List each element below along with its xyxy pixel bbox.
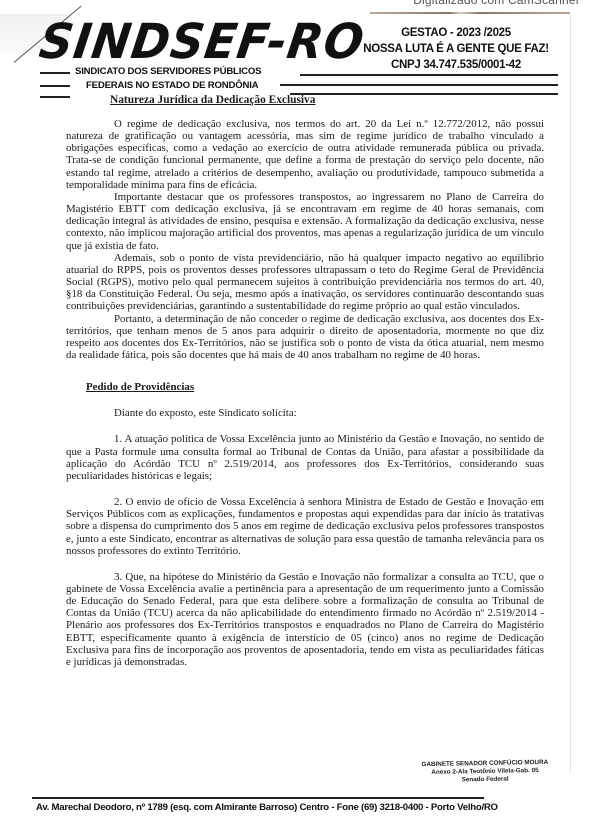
union-logo: SINDSEF-RO — [40, 14, 300, 66]
letterhead-rule — [40, 96, 70, 98]
union-name-line2: FEDERAIS NO ESTADO DE RONDÔNIA — [86, 80, 258, 91]
footer-rule — [32, 797, 484, 799]
cnpj: CNPJ 34.747.535/0001-42 — [356, 57, 556, 73]
paper-right-edge — [570, 14, 571, 774]
requests-intro: Diante do exposto, este Sindicato solici… — [66, 407, 544, 419]
scanner-watermark: Digitalizado com CamScanner — [413, 0, 580, 7]
paragraph: O regime de dedicação exclusiva, nos ter… — [66, 118, 544, 191]
paper-top-edge — [370, 12, 570, 14]
paragraph: Portanto, a determinação de não conceder… — [66, 313, 544, 362]
term-label: GESTAO - 2023 /2025 — [356, 25, 556, 41]
union-name-line1: SINDICATO DOS SERVIDORES PÚBLICOS — [75, 66, 261, 77]
footer-address: Av. Marechal Deodoro, nº 1789 (esq. com … — [36, 802, 498, 813]
document-title: Natureza Jurídica da Dedicação Exclusiva — [110, 94, 315, 106]
letterhead-rule — [40, 85, 70, 87]
section-heading: Pedido de Providências — [66, 381, 544, 393]
document-body: O regime de dedicação exclusiva, nos ter… — [66, 118, 544, 668]
logo-text: SINDSEF-RO — [36, 13, 368, 70]
paragraph: Importante destacar que os professores t… — [66, 191, 544, 252]
letterhead-rule — [290, 93, 558, 95]
receipt-stamp: GABINETE SENADOR CONFÚCIO MOURA Anexo 2-… — [410, 759, 560, 786]
paragraph: Ademais, sob o ponto de vista previdenci… — [66, 252, 544, 313]
request-item: 3. Que, na hipótese do Ministério da Ges… — [66, 571, 544, 668]
request-item: 2. O envio de ofício de Vossa Excelência… — [66, 496, 544, 557]
request-item: 1. A atuação política de Vossa Excelênci… — [66, 433, 544, 482]
letterhead-rule — [280, 84, 558, 86]
letterhead-rule — [40, 72, 70, 74]
slogan: NOSSA LUTA É A GENTE QUE FAZ! — [356, 41, 556, 57]
letterhead-rule — [300, 74, 558, 76]
letterhead-info: GESTAO - 2023 /2025 NOSSA LUTA É A GENTE… — [356, 25, 556, 73]
